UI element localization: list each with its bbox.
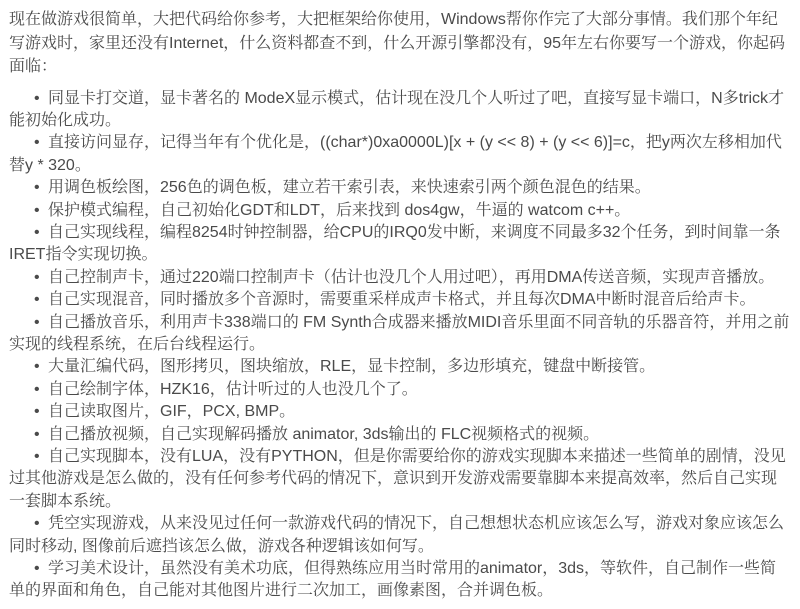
- list-item: 直接访问显存，记得当年有个优化是，((char*)0xa0000L)[x + (…: [9, 132, 790, 177]
- list-item: 自己实现线程，编程8254时钟控制器，给CPU的IRQ0发中断，来调度不同最多3…: [9, 222, 790, 267]
- list-item: 同显卡打交道，显卡著名的 ModeX显示模式，估计现在没几个人听过了吧，直接写显…: [9, 88, 790, 133]
- challenge-list: 同显卡打交道，显卡著名的 ModeX显示模式，估计现在没几个人听过了吧，直接写显…: [9, 88, 790, 603]
- list-item: 自己播放音乐，利用声卡338端口的 FM Synth合成器来播放MIDI音乐里面…: [9, 312, 790, 357]
- list-item: 自己绘制字体，HZK16，估计听过的人也没几个了。: [9, 379, 790, 401]
- list-item: 自己实现混音，同时播放多个音源时，需要重采样成声卡格式，并且每次DMA中断时混音…: [9, 289, 790, 311]
- intro-paragraph: 现在做游戏很简单，大把代码给你参考，大把框架给你使用，Windows帮你作完了大…: [9, 8, 790, 79]
- page: { "page": { "background": "#ffffff", "te…: [0, 0, 800, 609]
- list-item: 保护模式编程，自己初始化GDT和LDT，后来找到 dos4gw，牛逼的 watc…: [9, 200, 790, 222]
- list-item: 自己实现脚本，没有LUA，没有PYTHON，但是你需要给你的游戏实现脚本来描述一…: [9, 446, 790, 513]
- list-item: 学习美术设计，虽然没有美术功底，但得熟练应用当时常用的animator，3ds，…: [9, 558, 790, 603]
- list-item: 自己控制声卡，通过220端口控制声卡（估计也没几个人用过吧），再用DMA传送音频…: [9, 267, 790, 289]
- list-item: 大量汇编代码，图形拷贝，图块缩放，RLE，显卡控制，多边形填充，键盘中断接管。: [9, 356, 790, 378]
- list-item: 自己播放视频，自己实现解码播放 animator, 3ds输出的 FLC视频格式…: [9, 424, 790, 446]
- list-item: 自己读取图片，GIF，PCX, BMP。: [9, 401, 790, 423]
- list-item: 凭空实现游戏，从来没见过任何一款游戏代码的情况下，自己想想状态机应该怎么写，游戏…: [9, 513, 790, 558]
- list-item: 用调色板绘图，256色的调色板，建立若干索引表，来快速索引两个颜色混色的结果。: [9, 177, 790, 199]
